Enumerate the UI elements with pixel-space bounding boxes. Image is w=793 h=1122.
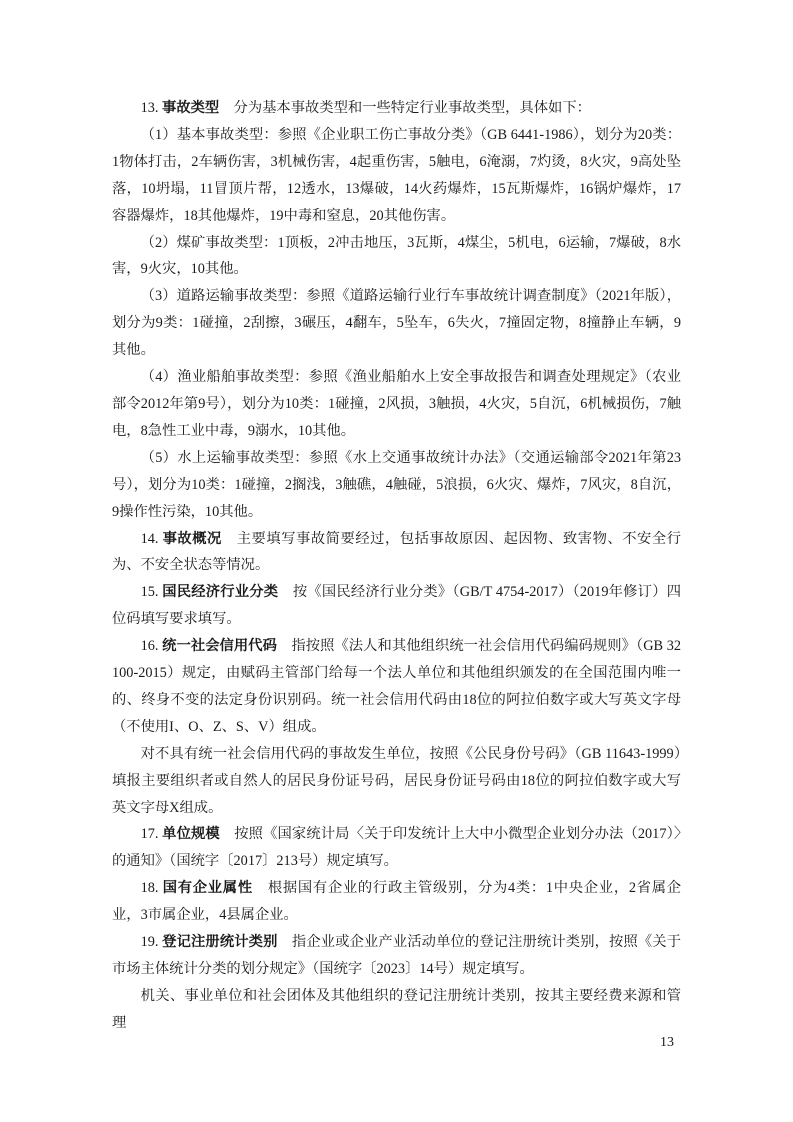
paragraph: （2）煤矿事故类型：1顶板，2冲击地压，3瓦斯，4煤尘，5机电，6运输，7爆破，… [112,230,681,284]
term-label: 事故概况 [163,531,222,547]
text-run: 机关、事业单位和社会团体及其他组织的登记注册统计类别，按其主要经费来源和管理 [112,988,681,1031]
paragraph: （5）水上运输事故类型：参照《水上交通事故统计办法》（交通运输部令2021年第2… [112,445,681,526]
page-number: 13 [650,1035,684,1051]
paragraph: （3）道路运输事故类型：参照《道路运输行业行车事故统计调查制度》（2021年版）… [112,283,681,364]
document-body: 13. 事故类型 分为基本事故类型和一些特定行业事故类型，具体如下：（1）基本事… [112,95,681,1037]
text-run: 18. [141,880,163,896]
paragraph: 机关、事业单位和社会团体及其他组织的登记注册统计类别，按其主要经费来源和管理 [112,983,681,1037]
text-run: 对不具有统一社会信用代码的事故发生单位，按照《公民身份号码》（GB 11643-… [112,746,681,816]
term-label: 国民经济行业分类 [162,584,278,600]
term-label: 事故类型 [162,100,219,116]
term-label: 登记注册统计类别 [162,934,277,950]
paragraph: 14. 事故概况 主要填写事故简要经过，包括事故原因、起因物、致害物、不安全行为… [112,526,681,580]
text-run: （3）道路运输事故类型：参照《道路运输行业行车事故统计调查制度》（2021年版）… [112,288,681,358]
text-run: 13. [141,100,162,116]
term-label: 单位规模 [162,826,220,842]
paragraph: 19. 登记注册统计类别 指企业或企业产业活动单位的登记注册统计类别，按照《关于… [112,929,681,983]
document-page: 13. 事故类型 分为基本事故类型和一些特定行业事故类型，具体如下：（1）基本事… [0,0,793,1122]
text-run: 17. [141,826,163,842]
paragraph: 17. 单位规模 按照《国家统计局〈关于印发统计上大中小微型企业划分办法（201… [112,821,681,875]
term-label: 统一社会信用代码 [162,638,277,654]
text-run: （4）渔业船舶事故类型：参照《渔业船舶水上安全事故报告和调查处理规定》（农业部令… [112,369,681,439]
text-run: 分为基本事故类型和一些特定行业事故类型，具体如下： [219,100,591,116]
text-run: （5）水上运输事故类型：参照《水上交通事故统计办法》（交通运输部令2021年第2… [112,450,681,520]
text-run: 15. [141,584,163,600]
text-run: （1）基本事故类型：参照《企业职工伤亡事故分类》（GB 6441-1986），划… [112,127,681,224]
text-run: 14. [141,531,163,547]
paragraph: （1）基本事故类型：参照《企业职工伤亡事故分类》（GB 6441-1986），划… [112,122,681,230]
term-label: 国有企业属性 [163,880,253,896]
paragraph: 18. 国有企业属性 根据国有企业的行政主管级别，分为4类：1中央企业，2省属企… [112,875,681,929]
paragraph: 对不具有统一社会信用代码的事故发生单位，按照《公民身份号码》（GB 11643-… [112,741,681,822]
paragraph: 15. 国民经济行业分类 按《国民经济行业分类》（GB/T 4754-2017）… [112,579,681,633]
text-run: （2）煤矿事故类型：1顶板，2冲击地压，3瓦斯，4煤尘，5机电，6运输，7爆破，… [112,235,681,278]
paragraph: 16. 统一社会信用代码 指按照《法人和其他组织统一社会信用代码编码规则》（GB… [112,633,681,741]
text-run: 16. [141,638,163,654]
text-run: 19. [141,934,163,950]
paragraph: 13. 事故类型 分为基本事故类型和一些特定行业事故类型，具体如下： [112,95,681,122]
paragraph: （4）渔业船舶事故类型：参照《渔业船舶水上安全事故报告和调查处理规定》（农业部令… [112,364,681,445]
